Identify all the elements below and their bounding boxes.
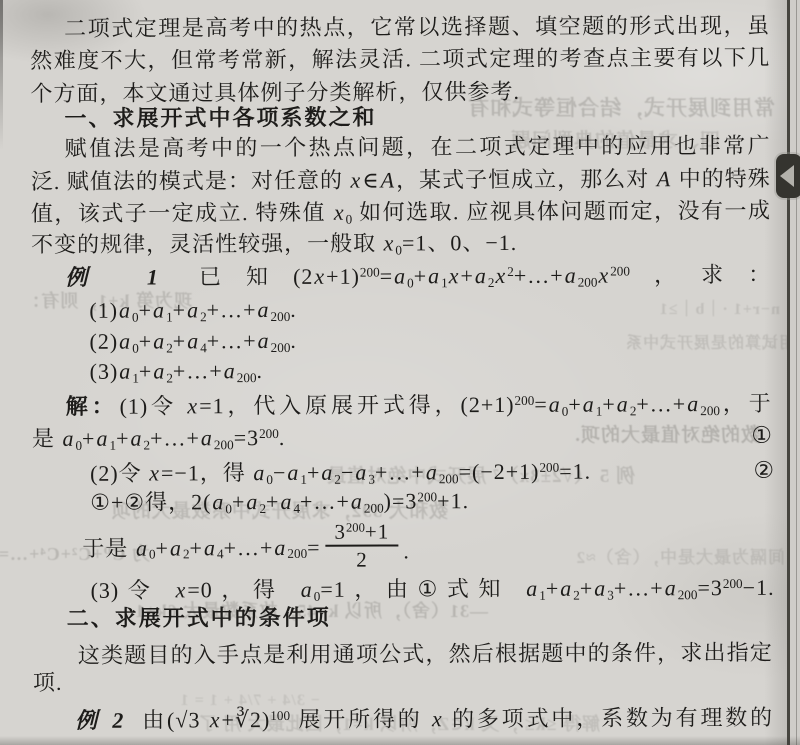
method-line-4: 不变的规律，灵活性较强，一般取 x0=1、0、−1. (31, 228, 517, 260)
page-bottom-shadow (0, 736, 800, 745)
intro-line-2: 然难度不大，但常考常新，解法灵活. 二项式定理的考查点主要有以下几 (30, 43, 770, 76)
example-1-item-2: (2)a0+a2+a4+…+a200. (89, 326, 297, 357)
back-arrow-tab[interactable] (776, 154, 800, 198)
example-1-item-3: (3)a1+a2+…+a200. (90, 356, 264, 387)
scanned-textbook-page: 常用到展开式，结合恒等式和有 四、求最值的典型问题 现为第 k+1，则有： n−… (0, 0, 800, 745)
para3-line-2: 项. (33, 668, 63, 698)
page-content: 二项式定理是高考中的热点，它常以选择题、填空题的形式出现，虽 然难度不大，但常考… (0, 0, 800, 745)
solution-line-3: (2)令 x=−1，得 a0−a1+a2−a3+…+a200=(−2+1)200… (90, 456, 774, 489)
example-1-item-1: (1)a0+a1+a2+…+a200. (89, 295, 297, 326)
fraction-denominator: 2 (326, 544, 399, 571)
page-binding-line (787, 0, 790, 745)
intro-line-1: 二项式定理是高考中的热点，它常以选择题、填空题的形式出现，虽 (64, 11, 770, 44)
fraction: 3200+1 2 (325, 519, 398, 572)
example-1-label: 例 1 (65, 264, 161, 289)
method-line-2: 泛. 赋值法的模式是：对任意的 x∈A，某式子恒成立，那么对 A 中的特殊 (31, 164, 771, 197)
solution-line-4: ①+②得，2(a0+a2+a4+…+a200)=3200+1. (90, 486, 469, 518)
example-2-label: 例 2 (75, 708, 126, 733)
example-1-statement: 已知(2x+1)200=a0+a1x+a2x2+…+a200x200，求： (175, 262, 771, 290)
solution-step-1: (1)令 x=1，代入原展开式得，(2+1)200=a0+a1+a2+…+a20… (120, 391, 772, 419)
gutter-shadow (764, 0, 787, 745)
section-2-heading: 二、求展开式中的条件项 (67, 603, 331, 634)
solution-label: 解： (66, 394, 118, 419)
example-1-line: 例 1已知(2x+1)200=a0+a1x+a2x2+…+a200x200，求： (65, 260, 771, 293)
solution-line-2: 是 a0+a1+a2+…+a200=3200. ① (32, 421, 772, 454)
fraction-numerator: 3200+1 (325, 519, 398, 544)
example-2-line: 例 2由(√3 x+∛2)100 展开所得的 x 的多项式中，系数为有理数的 (75, 703, 773, 736)
solution-line-6: (3)令 x=0，得 a0=1，由①式知 a1+a2+a3+…+a200=320… (91, 573, 775, 606)
solution-line-5: 于是 a0+a2+a4+…+a200= 3200+1 2 . (82, 520, 410, 571)
para3-line-1: 这类题目的入手点是利用通项公式，然后根据题中的条件，求出指定 (78, 638, 773, 671)
method-line-1: 赋值法是高考中的一个热点问题，在二项式定理中的应用也非常广 (65, 131, 771, 164)
section-1-heading: 一、求展开式中各项系数之和 (64, 103, 376, 134)
adjacent-page-strip (790, 0, 800, 745)
method-line-3: 值，该式子一定成立. 特殊值 x0 如何选取. 应视具体问题而定，没有一成 (31, 196, 771, 229)
page-edge-line (796, 0, 797, 745)
example-2-statement: 由(√3 x+∛2)100 展开所得的 x 的多项式中，系数为有理数的 (140, 705, 773, 733)
page-left-edge (0, 0, 3, 150)
solution-line-1: 解：(1)令 x=1，代入原展开式得，(2+1)200=a0+a1+a2+…+a… (66, 389, 772, 422)
back-arrow-icon (780, 165, 794, 187)
